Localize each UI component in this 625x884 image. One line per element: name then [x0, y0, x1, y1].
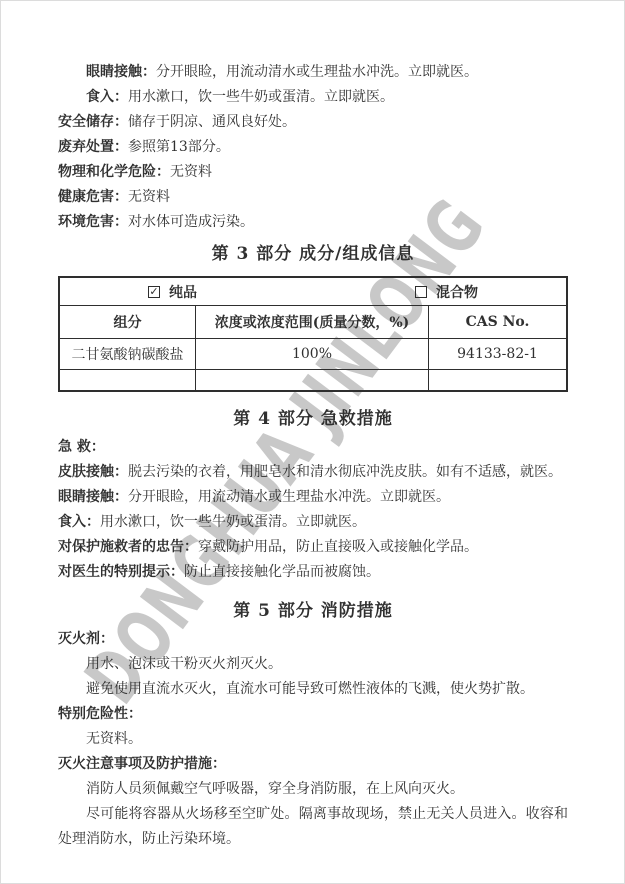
cell-concentration: 100% — [196, 339, 429, 369]
composition-table: ✓ 纯品 混合物 组分 浓度或浓度范围(质量分数，%) CAS No. 二甘氨酸… — [58, 276, 568, 392]
line-disposal: 废弃处置：参照第13部分。 — [58, 135, 568, 160]
line-health-hazard: 健康危害：无资料 — [58, 185, 568, 210]
section4-heading: 第 4 部分 急救措施 — [58, 406, 568, 432]
checked-checkbox-icon: ✓ — [148, 286, 160, 298]
page-content: 眼睛接触：分开眼睑，用流动清水或生理盐水冲洗。立即就医。 食入：用水漱口，饮一些… — [1, 1, 624, 852]
table-empty-row — [60, 370, 566, 390]
first-aid-block: 急 救： 皮肤接触：脱去污染的衣着，用肥皂水和清水彻底冲洗皮肤。如有不适感，就医… — [58, 435, 568, 585]
table-checkbox-row: ✓ 纯品 混合物 — [60, 278, 566, 306]
cell-component: 二甘氨酸钠碳酸盐 — [60, 339, 196, 369]
handling-hazards-block: 眼睛接触：分开眼睑，用流动清水或生理盐水冲洗。立即就医。 食入：用水漱口，饮一些… — [58, 60, 568, 235]
header-cas-no: CAS No. — [429, 306, 566, 338]
line-special-hazards: 特别危险性： — [58, 702, 568, 727]
line-avoid-water-jet: 避免使用直流水灭火，直流水可能导致可燃性液体的飞溅，使火势扩散。 — [58, 677, 568, 702]
line-no-data: 无资料。 — [58, 727, 568, 752]
line-safe-storage: 安全储存：储存于阴凉、通风良好处。 — [58, 110, 568, 135]
line-container-removal: 尽可能将容器从火场移至空旷处。隔离事故现场，禁止无关人员进入。收容和处理消防水，… — [58, 802, 568, 852]
line-eye-contact-s4: 眼睛接触：分开眼睑，用流动清水或生理盐水冲洗。立即就医。 — [58, 485, 568, 510]
line-ingestion: 食入：用水漱口，饮一些牛奶或蛋清。立即就医。 — [58, 85, 568, 110]
line-extinguishing-method: 用水、泡沫或干粉灭火剂灭火。 — [58, 652, 568, 677]
line-rescuer-advice: 对保护施救者的忠告：穿戴防护用品，防止直接吸入或接触化学品。 — [58, 535, 568, 560]
msds-document-page: DONGHUA JINLONG 眼睛接触：分开眼睑，用流动清水或生理盐水冲洗。立… — [0, 0, 625, 884]
section5-heading: 第 5 部分 消防措施 — [58, 598, 568, 624]
line-first-aid: 急 救： — [58, 435, 568, 460]
table-data-row: 二甘氨酸钠碳酸盐 100% 94133-82-1 — [60, 339, 566, 370]
pure-product-label: 纯品 — [169, 282, 197, 302]
line-firefighter-equipment: 消防人员须佩戴空气呼吸器，穿全身消防服，在上风向灭火。 — [58, 777, 568, 802]
header-concentration: 浓度或浓度范围(质量分数，%) — [196, 306, 429, 338]
unchecked-checkbox-icon — [415, 286, 427, 298]
line-physical-chemical-hazard: 物理和化学危险：无资料 — [58, 160, 568, 185]
line-ingestion-s4: 食入：用水漱口，饮一些牛奶或蛋清。立即就医。 — [58, 510, 568, 535]
fire-fighting-block: 灭火剂： 用水、泡沫或干粉灭火剂灭火。 避免使用直流水灭火，直流水可能导致可燃性… — [58, 627, 568, 852]
pure-product-option: ✓ 纯品 — [148, 278, 197, 305]
line-eye-contact: 眼睛接触：分开眼睑，用流动清水或生理盐水冲洗。立即就医。 — [58, 60, 568, 85]
line-environmental-hazard: 环境危害：对水体可造成污染。 — [58, 210, 568, 235]
line-extinguishing-agent: 灭火剂： — [58, 627, 568, 652]
table-header-row: 组分 浓度或浓度范围(质量分数，%) CAS No. — [60, 306, 566, 339]
line-skin-contact: 皮肤接触：脱去污染的衣着，用肥皂水和清水彻底冲洗皮肤。如有不适感，就医。 — [58, 460, 568, 485]
mixture-option: 混合物 — [415, 278, 478, 305]
line-doctor-notes: 对医生的特别提示：防止直接接触化学品而被腐蚀。 — [58, 560, 568, 585]
line-fire-precautions: 灭火注意事项及防护措施： — [58, 752, 568, 777]
mixture-label: 混合物 — [436, 282, 478, 302]
section3-heading: 第 3 部分 成分/组成信息 — [58, 241, 568, 267]
header-component: 组分 — [60, 306, 196, 338]
cell-cas-no: 94133-82-1 — [429, 339, 566, 369]
